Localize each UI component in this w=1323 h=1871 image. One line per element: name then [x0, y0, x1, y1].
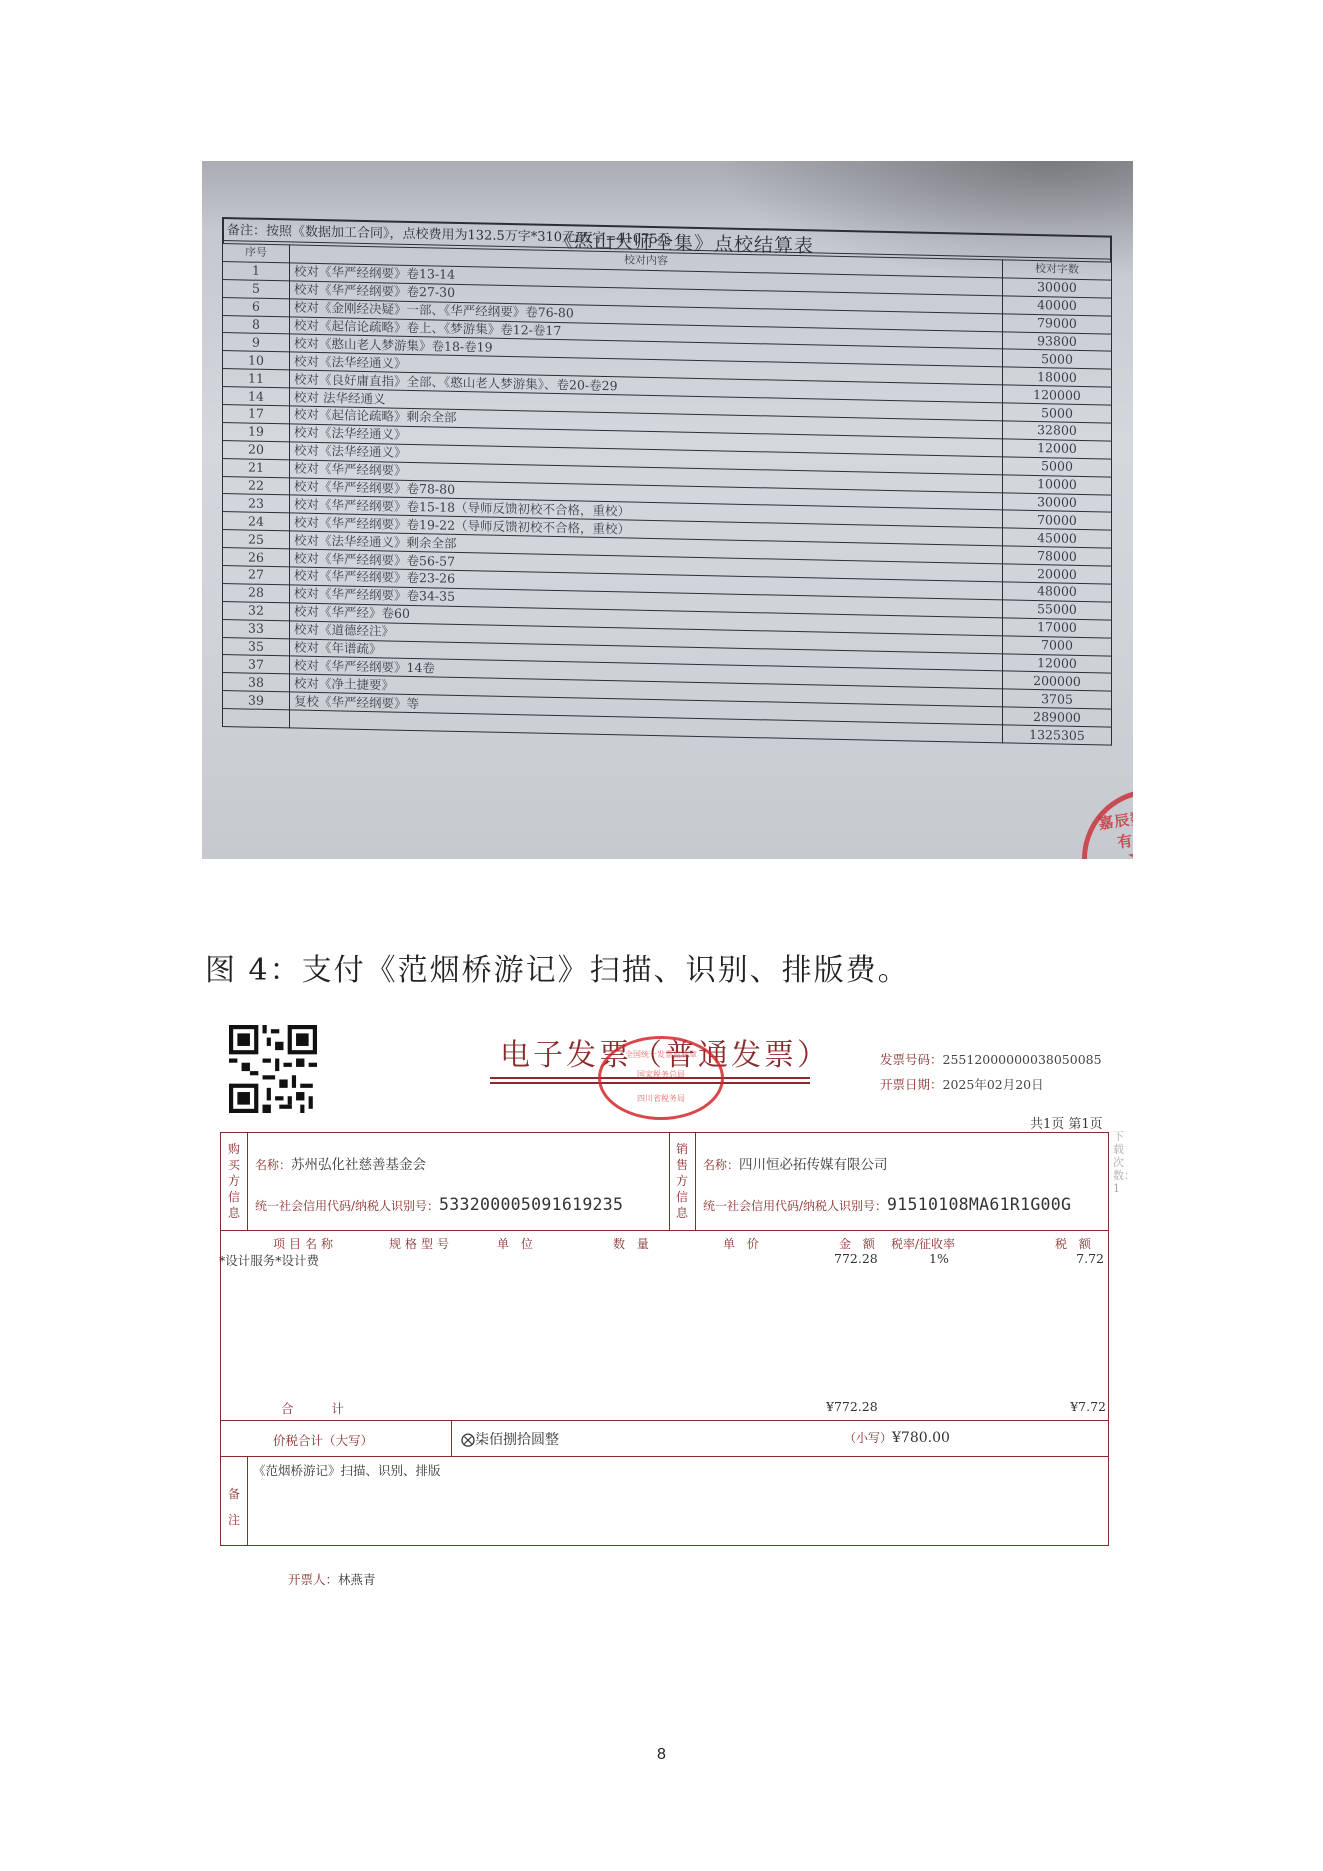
cell-words: 5000 [1003, 403, 1112, 423]
cell-words: 7000 [1003, 636, 1112, 656]
cell-words: 45000 [1003, 528, 1112, 548]
qr-code-icon [229, 1025, 317, 1113]
settlement-table: 序号 校对内容 校对字数 1校对《华严经纲要》卷13-14300005校对《华严… [222, 243, 1112, 746]
buyer-name-value: 苏州弘化社慈善基金会 [291, 1157, 426, 1173]
cell-no: 1 [223, 261, 290, 280]
seller-name-value: 四川恒必拓传媒有限公司 [739, 1157, 888, 1173]
invoice-date: 开票日期：2025年02月20日 [880, 1075, 1044, 1093]
cell-words: 30000 [1003, 278, 1112, 298]
invoice-number: 发票号码：25512000000038050085 [880, 1050, 1102, 1068]
item-tax: 7.72 [1076, 1251, 1104, 1266]
cell-words: 18000 [1003, 367, 1112, 387]
total-tax: ¥7.72 [1070, 1399, 1106, 1414]
grand-total-label: 价税合计（大写） [273, 1431, 373, 1449]
cell-words: 32800 [1003, 421, 1112, 441]
cell-no: 19 [223, 422, 290, 441]
cell-no: 28 [223, 583, 290, 602]
invoice-body: 购买方信息 名称：苏州弘化社慈善基金会 统一社会信用代码/纳税人识别号：5332… [220, 1132, 1109, 1546]
buyer-name: 名称：苏州弘化社慈善基金会 [255, 1153, 426, 1173]
cell-words: 1325305 [1003, 725, 1112, 745]
col-rate: 税率/征收率 [891, 1235, 955, 1252]
cell-no: 33 [223, 619, 290, 638]
col-item-name: 项目名称 [273, 1235, 337, 1252]
grand-total-words-value: 柒佰捌拾圆整 [475, 1432, 559, 1448]
cell-no: 27 [223, 566, 290, 585]
invoice-page-info: 共1页 第1页 [1030, 1113, 1103, 1132]
invoice-date-value: 2025年02月20日 [943, 1077, 1044, 1092]
cell-no: 5 [223, 279, 290, 298]
total-label: 合 计 [281, 1399, 346, 1417]
cell-no: 11 [223, 369, 290, 388]
cell-no: 26 [223, 548, 290, 567]
grand-total-words: ⨂柒佰捌拾圆整 [461, 1429, 559, 1449]
stamp-line-3: 四川省税务局 [601, 1093, 721, 1104]
cell-words: 78000 [1003, 546, 1112, 566]
cell-words: 10000 [1003, 475, 1112, 495]
cell-words: 5000 [1003, 457, 1112, 477]
buyer-tax-id-value: 533200005091619235 [439, 1195, 623, 1214]
divider [221, 1456, 1108, 1457]
cell-no: 24 [223, 512, 290, 531]
divider [247, 1133, 248, 1230]
cell-no: 37 [223, 655, 290, 674]
cell-words: 40000 [1003, 296, 1112, 316]
col-qty: 数 量 [613, 1235, 653, 1252]
cell-no [223, 709, 290, 728]
cell-no: 9 [223, 333, 290, 352]
invoice-drawer: 开票人：林燕青 [288, 1570, 376, 1588]
divider [221, 1230, 1108, 1231]
cell-no: 25 [223, 530, 290, 549]
settlement-table-photo: 《憨山大师全集》点校结算表 序号 校对内容 校对字数 1校对《华严经纲要》卷13… [202, 161, 1133, 859]
cell-words: 48000 [1003, 582, 1112, 602]
stamp-line-2: 国家税务总局 [601, 1069, 721, 1080]
cell-words: 93800 [1003, 331, 1112, 351]
cell-no: 14 [223, 387, 290, 406]
cell-no: 22 [223, 476, 290, 495]
drawer-label: 开票人： [288, 1572, 338, 1587]
buyer-tax-id: 统一社会信用代码/纳税人识别号：533200005091619235 [255, 1195, 623, 1214]
seller-tax-id-label: 统一社会信用代码/纳税人识别号： [703, 1199, 887, 1213]
invoice-number-value: 25512000000038050085 [943, 1052, 1102, 1067]
cell-words: 5000 [1003, 349, 1112, 369]
buyer-tax-id-label: 统一社会信用代码/纳税人识别号： [255, 1199, 439, 1213]
drawer-name: 林燕青 [338, 1572, 376, 1587]
seller-tax-id: 统一社会信用代码/纳税人识别号：91510108MA61R1G00G [703, 1195, 1071, 1214]
page-number: 8 [0, 1746, 1323, 1764]
grand-total-value: ¥780.00 [892, 1430, 950, 1446]
cell-words: 200000 [1003, 671, 1112, 691]
col-amount: 金 额 [839, 1235, 879, 1252]
cell-no: 8 [223, 315, 290, 334]
cell-no: 32 [223, 601, 290, 620]
cell-words: 79000 [1003, 314, 1112, 334]
seller-name-label: 名称： [703, 1158, 739, 1172]
stamp-line-1: 全国统一发票监制章 [601, 1049, 721, 1060]
item-rate: 1% [929, 1251, 949, 1266]
seller-section-label: 销售方信息 [673, 1141, 691, 1221]
divider [451, 1420, 452, 1456]
cell-words: 289000 [1003, 707, 1112, 727]
remarks-label: 备注 [225, 1481, 243, 1533]
cell-no: 21 [223, 458, 290, 477]
cell-words: 30000 [1003, 492, 1112, 512]
download-count: 下载次数：1 [1113, 1130, 1127, 1195]
remarks-text: 《范烟桥游记》扫描、识别、排版 [253, 1461, 441, 1479]
invoice-number-label: 发票号码： [880, 1052, 943, 1067]
buyer-name-label: 名称： [255, 1158, 291, 1172]
col-price: 单 价 [723, 1235, 763, 1252]
cell-words: 20000 [1003, 564, 1112, 584]
grand-total-small-label: （小写） [844, 1431, 892, 1445]
settlement-sheet: 《憨山大师全集》点校结算表 序号 校对内容 校对字数 1校对《华严经纲要》卷13… [222, 217, 1112, 816]
col-tax: 税 额 [1055, 1235, 1095, 1252]
divider [221, 1420, 1108, 1421]
buyer-section-label: 购买方信息 [225, 1141, 243, 1221]
seller-tax-id-value: 91510108MA61R1G00G [887, 1195, 1071, 1214]
header-no: 序号 [223, 244, 290, 263]
invoice-date-label: 开票日期： [880, 1077, 943, 1092]
figure-caption: 图 4：支付《范烟桥游记》扫描、识别、排版费。 [205, 945, 910, 989]
col-unit: 单 位 [497, 1235, 537, 1252]
tax-bureau-stamp: 全国统一发票监制章 国家税务总局 四川省税务局 [598, 1036, 724, 1120]
item-name: *设计服务*设计费 [219, 1251, 319, 1269]
seller-name: 名称：四川恒必拓传媒有限公司 [703, 1153, 888, 1173]
cell-no: 17 [223, 405, 290, 424]
cell-no: 38 [223, 673, 290, 692]
grand-total-small: （小写）¥780.00 [844, 1429, 950, 1446]
cell-no: 23 [223, 494, 290, 513]
cell-words: 55000 [1003, 600, 1112, 620]
cell-no: 35 [223, 637, 290, 656]
cell-words: 12000 [1003, 653, 1112, 673]
cell-no: 20 [223, 440, 290, 459]
col-spec: 规格型号 [389, 1235, 453, 1252]
cross-circle-icon: ⨂ [461, 1432, 475, 1448]
cell-words: 70000 [1003, 510, 1112, 530]
divider [669, 1133, 670, 1230]
cell-words: 17000 [1003, 618, 1112, 638]
divider [247, 1456, 248, 1545]
cell-no: 6 [223, 297, 290, 316]
total-amount: ¥772.28 [826, 1399, 878, 1414]
cell-words: 12000 [1003, 439, 1112, 459]
item-amount: 772.28 [834, 1251, 878, 1266]
cell-no: 10 [223, 351, 290, 370]
header-words: 校对字数 [1003, 260, 1112, 280]
divider [695, 1133, 696, 1230]
cell-words: 120000 [1003, 385, 1112, 405]
cell-no: 39 [223, 691, 290, 710]
star-icon: ★ [1121, 825, 1133, 859]
cell-words: 3705 [1003, 689, 1112, 709]
